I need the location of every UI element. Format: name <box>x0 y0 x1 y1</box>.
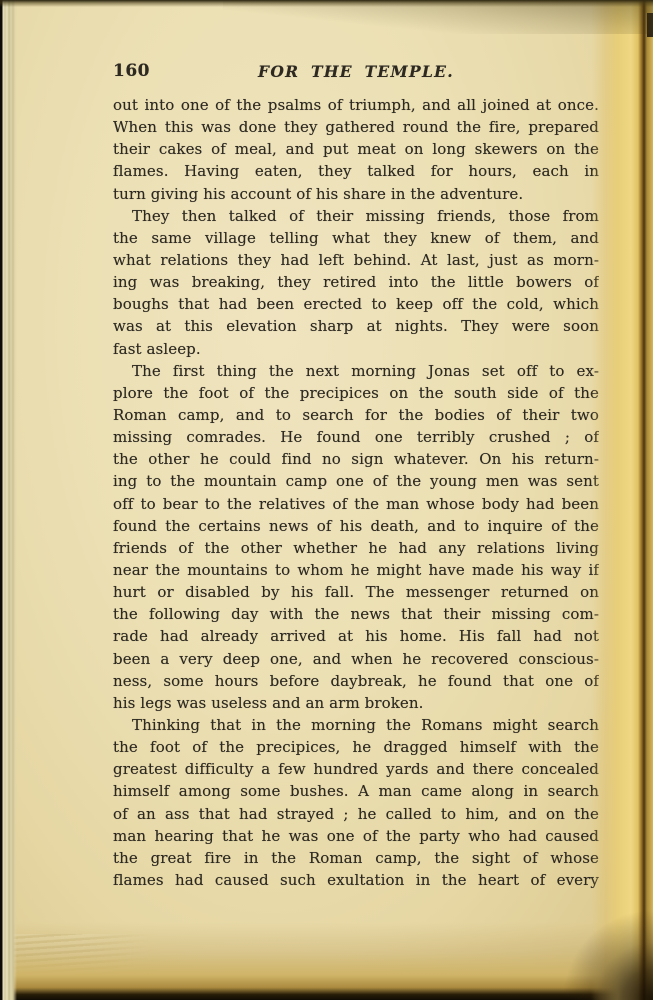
text-line: turn giving his account of his share in … <box>113 183 599 205</box>
text-line: man hearing that he was one of the party… <box>113 825 599 847</box>
paragraph: The first thing the next morning Jonas s… <box>113 360 599 714</box>
text-line: plore the foot of the precipices on the … <box>113 382 599 404</box>
text-line: fast asleep. <box>113 338 599 360</box>
running-title: FOR THE TEMPLE. <box>113 62 599 81</box>
scan-edge-left <box>0 0 17 1000</box>
text-line: out into one of the psalms of triumph, a… <box>113 94 599 116</box>
book-page-scan: 160 FOR THE TEMPLE. out into one of the … <box>0 0 653 1000</box>
text-line: the other he could find no sign whatever… <box>113 448 599 470</box>
text-line: rade had already arrived at his home. Hi… <box>113 625 599 647</box>
scan-shadow-bottom-right <box>523 870 653 1000</box>
paragraph: out into one of the psalms of triumph, a… <box>113 94 599 205</box>
text-line: When this was done they gathered round t… <box>113 116 599 138</box>
text-line: the great fire in the Roman camp, the si… <box>113 847 599 869</box>
text-line: ing was breaking, they retired into the … <box>113 271 599 293</box>
text-line: Thinking that in the morning the Romans … <box>113 714 599 736</box>
text-line: the same village telling what they knew … <box>113 227 599 249</box>
text-line: They then talked of their missing friend… <box>113 205 599 227</box>
text-line: the following day with the news that the… <box>113 603 599 625</box>
text-line: of an ass that had strayed ; he called t… <box>113 803 599 825</box>
scan-shadow-top-right <box>223 0 653 34</box>
text-line: friends of the other whether he had any … <box>113 537 599 559</box>
text-line: his legs was useless and an arm broken. <box>113 692 599 714</box>
text-line: Roman camp, and to search for the bodies… <box>113 404 599 426</box>
text-line: ness, some hours before daybreak, he fou… <box>113 670 599 692</box>
text-line: ing to the mountain camp one of the youn… <box>113 470 599 492</box>
text-line: missing comrades. He found one terribly … <box>113 426 599 448</box>
body-text: out into one of the psalms of triumph, a… <box>113 94 599 891</box>
text-line: what relations they had left behind. At … <box>113 249 599 271</box>
text-line: found the certains news of his death, an… <box>113 515 599 537</box>
text-line: flames. Having eaten, they talked for ho… <box>113 160 599 182</box>
text-line: been a very deep one, and when he recove… <box>113 648 599 670</box>
text-line: was at this elevation sharp at nights. T… <box>113 315 599 337</box>
text-line: hurt or disabled by his fall. The messen… <box>113 581 599 603</box>
text-line: The first thing the next morning Jonas s… <box>113 360 599 382</box>
page-header: 160 FOR THE TEMPLE. <box>113 61 599 85</box>
gilt-page-edge-right <box>591 0 653 1000</box>
text-line: himself among some bushes. A man came al… <box>113 780 599 802</box>
text-line: the foot of the precipices, he dragged h… <box>113 736 599 758</box>
text-line: boughs that had been erected to keep off… <box>113 293 599 315</box>
text-line: their cakes of meal, and put meat on lon… <box>113 138 599 160</box>
text-line: near the mountains to whom he might have… <box>113 559 599 581</box>
paragraph: Thinking that in the morning the Romans … <box>113 714 599 891</box>
text-line: greatest difficulty a few hundred yards … <box>113 758 599 780</box>
paragraph: They then talked of their missing friend… <box>113 205 599 360</box>
text-line: off to bear to the relatives of the man … <box>113 493 599 515</box>
